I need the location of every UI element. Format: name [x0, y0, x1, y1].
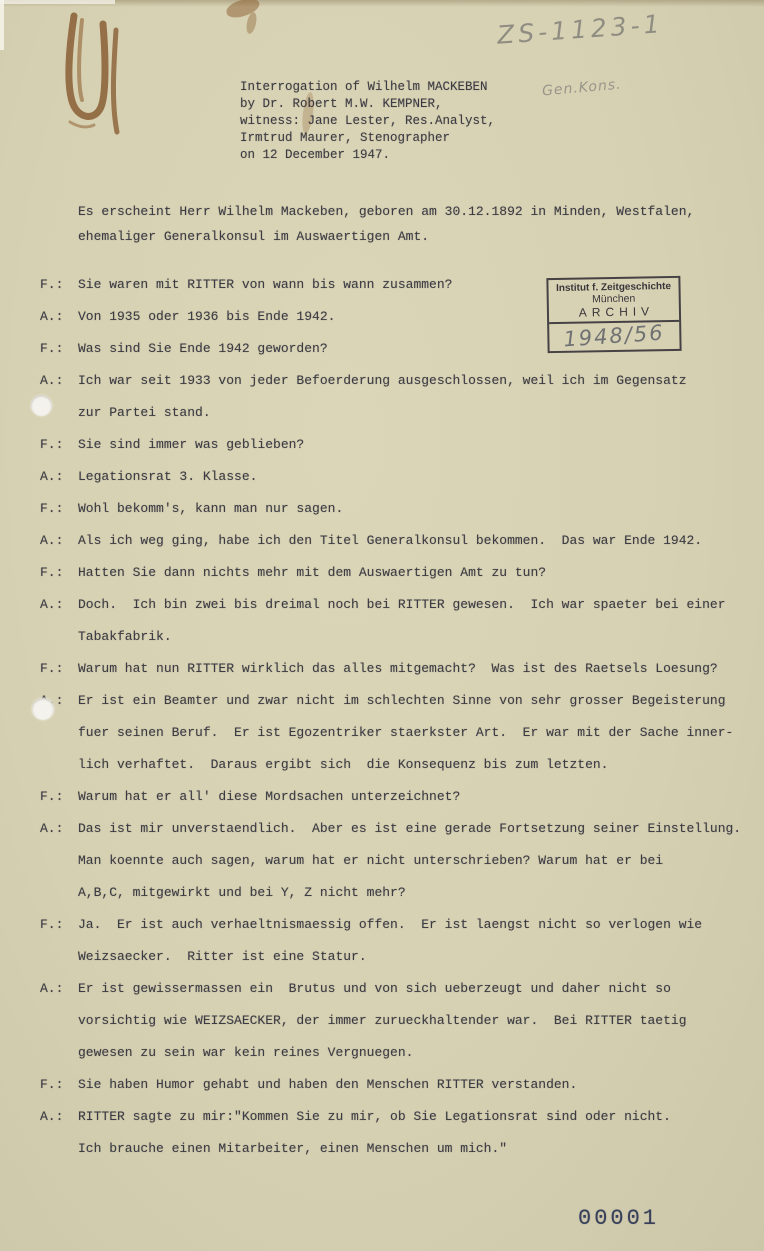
ink-scribble-mark [58, 10, 143, 138]
qa-text: Sie haben Humor gehabt und haben den Men… [78, 1069, 752, 1101]
qa-text: Das ist mir unverstaendlich. Aber es ist… [78, 813, 752, 909]
qa-text: RITTER sagte zu mir:"Kommen Sie zu mir, … [78, 1101, 752, 1165]
speaker-prefix: F.: [40, 493, 63, 525]
qa-text: Sie sind immer was geblieben? [78, 429, 752, 461]
header-line: on 12 December 1947. [240, 147, 495, 164]
speaker-prefix: F.: [40, 557, 63, 589]
qa-entry: A.: Das ist mir unverstaendlich. Aber es… [40, 813, 752, 909]
paper-corner-edge-left [0, 0, 4, 50]
speaker-prefix: F.: [40, 1069, 63, 1101]
qa-entry: F.: Wohl bekomm's, kann man nur sagen. [40, 493, 752, 525]
qa-entry: F.: Sie sind immer was geblieben? [40, 429, 752, 461]
speaker-prefix: A.: [40, 525, 63, 557]
speaker-prefix: F.: [40, 269, 63, 301]
qa-text: Von 1935 oder 1936 bis Ende 1942. [78, 301, 752, 333]
paper-corner-edge-top [0, 0, 115, 4]
qa-text: Als ich weg ging, habe ich den Titel Gen… [78, 525, 752, 557]
header-line: Interrogation of Wilhelm MACKEBEN [240, 79, 495, 96]
qa-entry: F.: Was sind Sie Ende 1942 geworden? [40, 333, 752, 365]
qa-entry: A.: Er ist ein Beamter und zwar nicht im… [40, 685, 752, 781]
qa-entry: A.: Doch. Ich bin zwei bis dreimal noch … [40, 589, 752, 653]
hole-punch [32, 698, 54, 720]
qa-text: Ja. Er ist auch verhaeltnismaessig offen… [78, 909, 752, 973]
qa-entry: F.: Hatten Sie dann nichts mehr mit dem … [40, 557, 752, 589]
speaker-prefix: A.: [40, 589, 63, 621]
speaker-prefix: A.: [40, 973, 63, 1005]
qa-entry: A.: Er ist gewissermassen ein Brutus und… [40, 973, 752, 1069]
qa-text: Sie waren mit RITTER von wann bis wann z… [78, 269, 752, 301]
speaker-prefix: A.: [40, 461, 63, 493]
speaker-prefix: F.: [40, 429, 63, 461]
header-line: witness: Jane Lester, Res.Analyst, [240, 113, 495, 130]
qa-entry: A.: RITTER sagte zu mir:"Kommen Sie zu m… [40, 1101, 752, 1165]
qa-entry: A.: Ich war seit 1933 von jeder Befoerde… [40, 365, 752, 429]
qa-entry: A.: Von 1935 oder 1936 bis Ende 1942. [40, 301, 752, 333]
speaker-prefix: A.: [40, 813, 63, 845]
header-line: Irmtrud Maurer, Stenographer [240, 130, 495, 147]
qa-text: Legationsrat 3. Klasse. [78, 461, 752, 493]
qa-transcript: F.: Sie waren mit RITTER von wann bis wa… [40, 269, 752, 1165]
qa-text: Er ist gewissermassen ein Brutus und von… [78, 973, 752, 1069]
qa-text: Doch. Ich bin zwei bis dreimal noch bei … [78, 589, 752, 653]
handwritten-archive-ref: ZS-1123-1 [496, 9, 664, 50]
scanned-document-page: ZS-1123-1 Interrogation of Wilhelm MACKE… [0, 0, 764, 1251]
qa-entry: A.: Legationsrat 3. Klasse. [40, 461, 752, 493]
header-line: by Dr. Robert M.W. KEMPNER, [240, 96, 495, 113]
qa-text: Warum hat er all' diese Mordsachen unter… [78, 781, 752, 813]
qa-text: Ich war seit 1933 von jeder Befoerderung… [78, 365, 752, 429]
qa-entry: F.: Warum hat nun RITTER wirklich das al… [40, 653, 752, 685]
speaker-prefix: F.: [40, 781, 63, 813]
qa-entry: F.: Warum hat er all' diese Mordsachen u… [40, 781, 752, 813]
hole-punch [31, 395, 52, 416]
speaker-prefix: A.: [40, 1101, 63, 1133]
qa-entry: F.: Ja. Er ist auch verhaeltnismaessig o… [40, 909, 752, 973]
document-header: Interrogation of Wilhelm MACKEBEN by Dr.… [240, 79, 495, 164]
speaker-prefix: A.: [40, 365, 63, 397]
speaker-prefix: A.: [40, 301, 63, 333]
intro-paragraph: Es erscheint Herr Wilhelm Mackeben, gebo… [78, 199, 754, 249]
qa-text: Warum hat nun RITTER wirklich das alles … [78, 653, 752, 685]
qa-entry: A.: Als ich weg ging, habe ich den Titel… [40, 525, 752, 557]
speaker-prefix: F.: [40, 909, 63, 941]
qa-text: Hatten Sie dann nichts mehr mit dem Ausw… [78, 557, 752, 589]
speaker-prefix: F.: [40, 333, 63, 365]
qa-text: Wohl bekomm's, kann man nur sagen. [78, 493, 752, 525]
speaker-prefix: F.: [40, 653, 63, 685]
qa-text: Er ist ein Beamter und zwar nicht im sch… [78, 685, 752, 781]
handwritten-margin-note: Gen.Kons. [541, 77, 622, 100]
page-number-stamp: 00001 [578, 1206, 659, 1231]
qa-text: Was sind Sie Ende 1942 geworden? [78, 333, 752, 365]
qa-entry: F.: Sie waren mit RITTER von wann bis wa… [40, 269, 752, 301]
qa-entry: F.: Sie haben Humor gehabt und haben den… [40, 1069, 752, 1101]
